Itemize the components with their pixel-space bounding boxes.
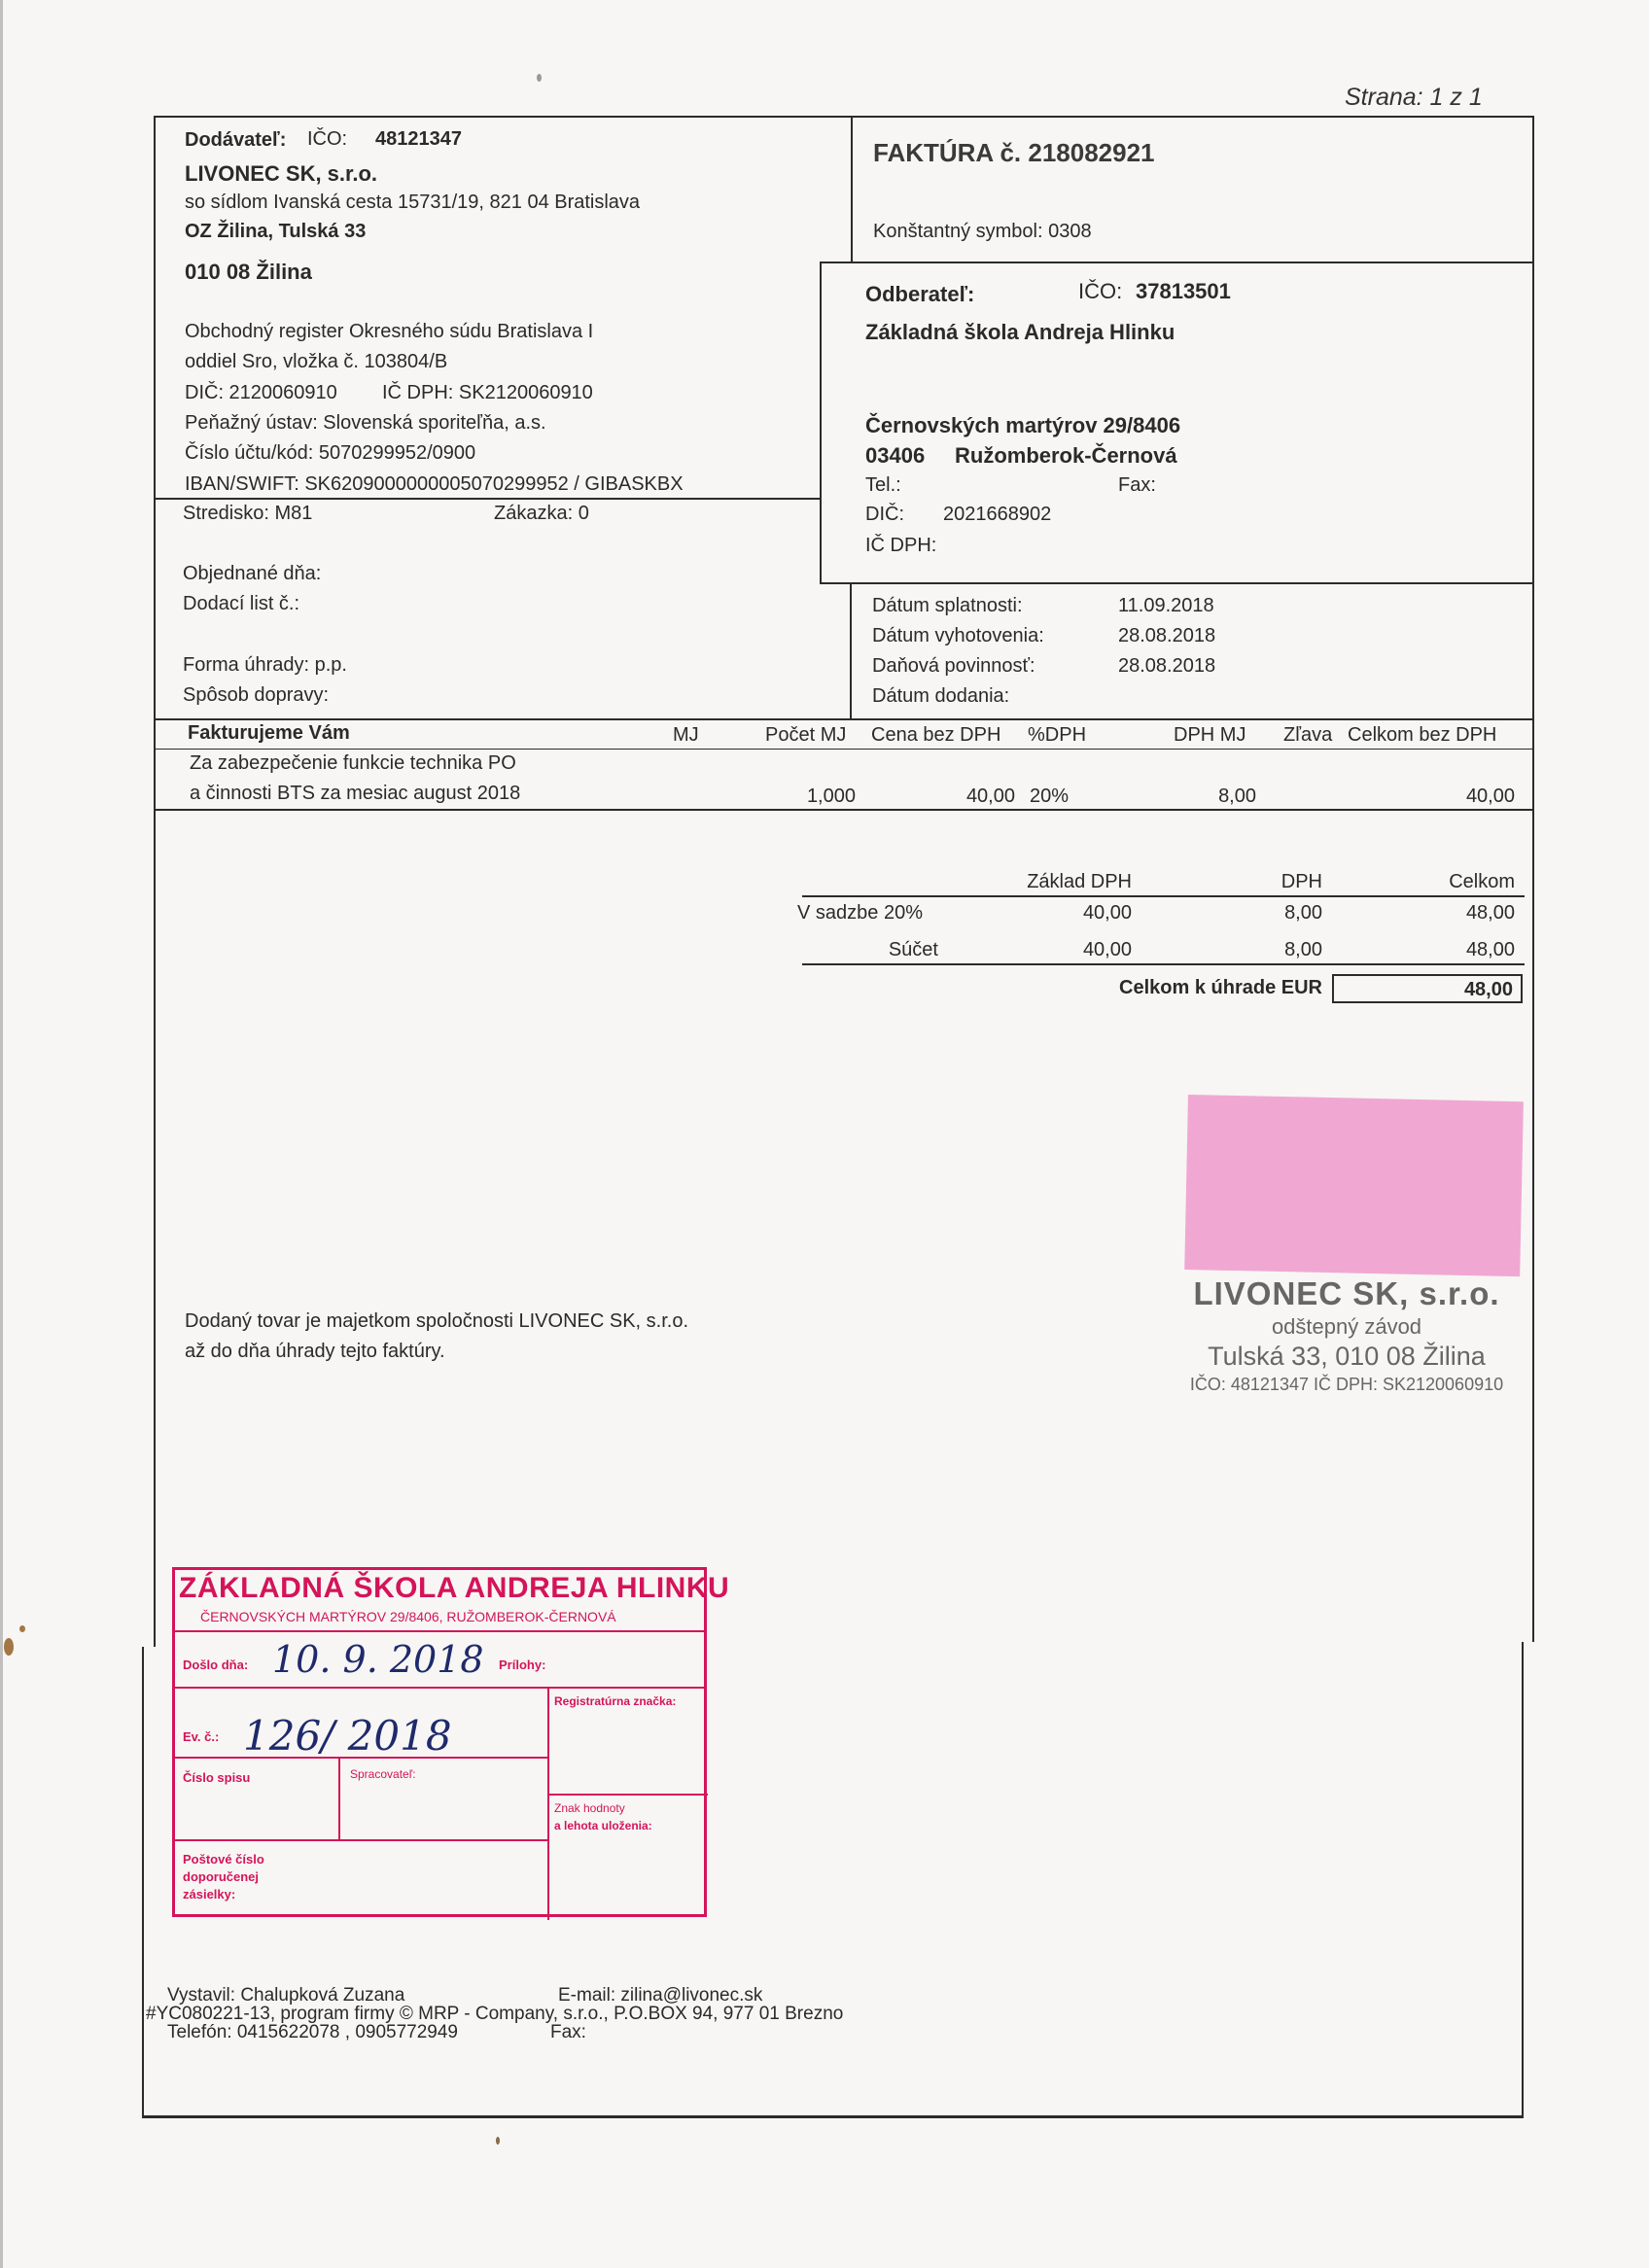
footer-fax: Fax: <box>550 2023 586 2041</box>
frame-bottom <box>142 2115 1524 2118</box>
postove-label-2: doporučenej <box>183 1869 259 1884</box>
supplier-dic: DIČ: 2120060910 <box>185 382 337 404</box>
row-cena: 40,00 <box>918 785 1015 808</box>
customer-box-left <box>820 262 822 583</box>
znak-label-2: a lehota uloženia: <box>554 1819 652 1832</box>
sum-row1-zaklad: 40,00 <box>1035 902 1132 925</box>
zakazka: Zákazka: 0 <box>494 503 589 525</box>
date-label-dodanie: Dátum dodania: <box>872 685 1009 708</box>
scan-speck <box>19 1625 25 1632</box>
customer-street: Černovských martýrov 29/8406 <box>865 413 1180 438</box>
supplier-branch: OZ Žilina, Tulská 33 <box>185 221 366 243</box>
customer-dic-label: DIČ: <box>865 504 904 526</box>
frame-left <box>154 116 156 1647</box>
footer-vystavil: Vystavil: Chalupková Zuzana <box>167 1986 404 2005</box>
total-value: 48,00 <box>1464 979 1513 1001</box>
scan-speck <box>4 1638 14 1656</box>
row-pct-dph: 20% <box>1030 785 1069 808</box>
sum-row2-label: Súčet <box>797 939 938 961</box>
customer-city: Ružomberok-Černová <box>955 443 1177 469</box>
ownership-line-2: až do dňa úhrady tejto faktúry. <box>185 1341 445 1363</box>
sum-row1-label: V sadzbe 20% <box>797 902 923 925</box>
sticky-note <box>1184 1095 1524 1276</box>
th-cena: Cena bez DPH <box>871 724 1000 747</box>
date-label-vyhotovenie: Dátum vyhotovenia: <box>872 625 1044 647</box>
objednane-dna: Objednané dňa: <box>183 563 321 585</box>
sum-h-dph: DPH <box>1225 871 1322 893</box>
th-pct-dph: %DPH <box>1028 724 1086 747</box>
sum-row2-dph: 8,00 <box>1225 939 1322 961</box>
company-stamp-line3: Tulská 33, 010 08 Žilina <box>1167 1342 1526 1372</box>
sum-h-celkom: Celkom <box>1418 871 1515 893</box>
company-stamp-line4: IČO: 48121347 IČ DPH: SK2120060910 <box>1167 1375 1526 1395</box>
supplier-register-1: Obchodný register Okresného súdu Bratisl… <box>185 321 593 343</box>
cislo-spisu-label: Číslo spisu <box>183 1770 250 1785</box>
date-value-vyhotovenie: 28.08.2018 <box>1118 625 1215 647</box>
ev-label: Ev. č.: <box>183 1729 219 1744</box>
supplier-box-bottom <box>154 498 821 500</box>
customer-tel-label: Tel.: <box>865 474 901 497</box>
dates-divider <box>850 583 852 719</box>
footer-telefon: Telefón: 0415622078 , 0905772949 <box>167 2023 458 2041</box>
footer-email: E-mail: zilina@livonec.sk <box>558 1986 762 2005</box>
customer-ico: 37813501 <box>1136 279 1231 304</box>
postove-label-3: zásielky: <box>183 1887 235 1902</box>
footer-program: #YC080221-13, program firmy © MRP - Comp… <box>146 2005 843 2023</box>
total-box: 48,00 <box>1332 974 1523 1003</box>
spracovatel-label: Spracovateľ: <box>350 1767 416 1781</box>
customer-label: Odberateľ: <box>865 282 974 307</box>
table-bottom <box>154 809 1533 811</box>
customer-box-top <box>820 262 1533 263</box>
customer-zip: 03406 <box>865 443 925 469</box>
supplier-name: LIVONEC SK, s.r.o. <box>185 161 377 187</box>
customer-name: Základná škola Andreja Hlinku <box>865 320 1175 345</box>
supplier-seat: so sídlom Ivanská cesta 15731/19, 821 04… <box>185 192 640 214</box>
sum-row2-zaklad: 40,00 <box>1035 939 1132 961</box>
frame-top <box>154 116 1533 118</box>
th-zlava: Zľava <box>1283 724 1332 747</box>
table-top <box>154 718 1533 720</box>
supplier-ico-label: IČO: <box>307 128 347 151</box>
supplier-register-2: oddiel Sro, vložka č. 103804/B <box>185 351 447 373</box>
row-celkom: 40,00 <box>1418 785 1515 808</box>
summary-header-line <box>802 895 1525 897</box>
stredisko: Stredisko: M81 <box>183 503 312 525</box>
customer-ic-dph-label: IČ DPH: <box>865 535 936 557</box>
dodaci-list: Dodací list č.: <box>183 593 299 615</box>
customer-fax-label: Fax: <box>1118 474 1156 497</box>
supplier-ico: 48121347 <box>375 128 462 151</box>
supplier-account: Číslo účtu/kód: 5070299952/0900 <box>185 442 475 465</box>
supplier-bank: Peňažný ústav: Slovenská sporiteľňa, a.s… <box>185 412 546 435</box>
th-celkom: Celkom bez DPH <box>1348 724 1496 747</box>
header-divider <box>851 116 853 262</box>
customer-dic: 2021668902 <box>943 504 1051 526</box>
ownership-line-1: Dodaný tovar je majetkom spoločnosti LIV… <box>185 1310 688 1333</box>
table-header-bottom <box>154 749 1533 750</box>
customer-box-bottom <box>820 582 1533 584</box>
registry-stamp-title: ZÁKLADNÁ ŠKOLA ANDREJA HLINKU <box>179 1572 729 1605</box>
registry-stamp-subtitle: ČERNOVSKÝCH MARTÝROV 29/8406, RUŽOMBEROK… <box>200 1609 616 1624</box>
company-stamp-name: LIVONEC SK, s.r.o. <box>1167 1275 1526 1312</box>
customer-ico-label: IČO: <box>1078 279 1122 304</box>
prilohy-label: Prílohy: <box>499 1657 545 1672</box>
registraturna-label: Registratúrna značka: <box>554 1694 676 1708</box>
sum-row1-dph: 8,00 <box>1225 902 1322 925</box>
znak-label-1: Znak hodnoty <box>554 1801 625 1815</box>
sum-row1-celkom: 48,00 <box>1418 902 1515 925</box>
th-description: Fakturujeme Vám <box>188 722 350 745</box>
constant-symbol: Konštantný symbol: 0308 <box>873 221 1092 243</box>
company-stamp-line2: odštepný závod <box>1167 1314 1526 1340</box>
supplier-ic-dph: IČ DPH: SK2120060910 <box>382 382 593 404</box>
sposob-dopravy: Spôsob dopravy: <box>183 684 329 707</box>
scan-edge <box>0 0 3 2268</box>
frame-right-lower <box>1522 1642 1524 2118</box>
supplier-city: 010 08 Žilina <box>185 260 312 285</box>
supplier-iban: IBAN/SWIFT: SK6209000000005070299952 / G… <box>185 473 684 496</box>
frame-right <box>1532 116 1534 1642</box>
doslo-value: 10. 9. 2018 <box>272 1638 484 1681</box>
th-dph-mj: DPH MJ <box>1174 724 1246 747</box>
row-pocet-mj: 1,000 <box>758 785 856 808</box>
total-label: Celkom k úhrade EUR <box>1011 977 1322 999</box>
scan-speck <box>496 2137 500 2145</box>
row-description-1: Za zabezpečenie funkcie technika PO <box>190 752 516 775</box>
postove-label-1: Poštové číslo <box>183 1852 264 1867</box>
sum-row2-celkom: 48,00 <box>1418 939 1515 961</box>
th-pocet-mj: Počet MJ <box>765 724 846 747</box>
registry-stamp: ZÁKLADNÁ ŠKOLA ANDREJA HLINKU ČERNOVSKÝC… <box>172 1567 707 1917</box>
date-value-danova: 28.08.2018 <box>1118 655 1215 678</box>
date-label-splatnost: Dátum splatnosti: <box>872 595 1023 617</box>
sum-h-zaklad: Základ DPH <box>972 871 1132 893</box>
invoice-title: FAKTÚRA č. 218082921 <box>873 138 1155 168</box>
page-number: Strana: 1 z 1 <box>1345 84 1483 112</box>
date-value-splatnost: 11.09.2018 <box>1118 595 1214 617</box>
supplier-label: Dodávateľ: <box>185 129 286 152</box>
th-mj: MJ <box>673 724 699 747</box>
row-dph-mj: 8,00 <box>1159 785 1256 808</box>
summary-total-line <box>802 963 1525 965</box>
doslo-label: Došlo dňa: <box>183 1657 248 1672</box>
frame-left-lower <box>142 1647 144 2117</box>
date-label-danova: Daňová povinnosť: <box>872 655 1035 678</box>
scan-speck <box>537 74 542 82</box>
forma-uhrady: Forma úhrady: p.p. <box>183 654 347 677</box>
row-description-2: a činnosti BTS za mesiac august 2018 <box>190 783 520 805</box>
ev-value: 126/ 2018 <box>243 1712 452 1760</box>
